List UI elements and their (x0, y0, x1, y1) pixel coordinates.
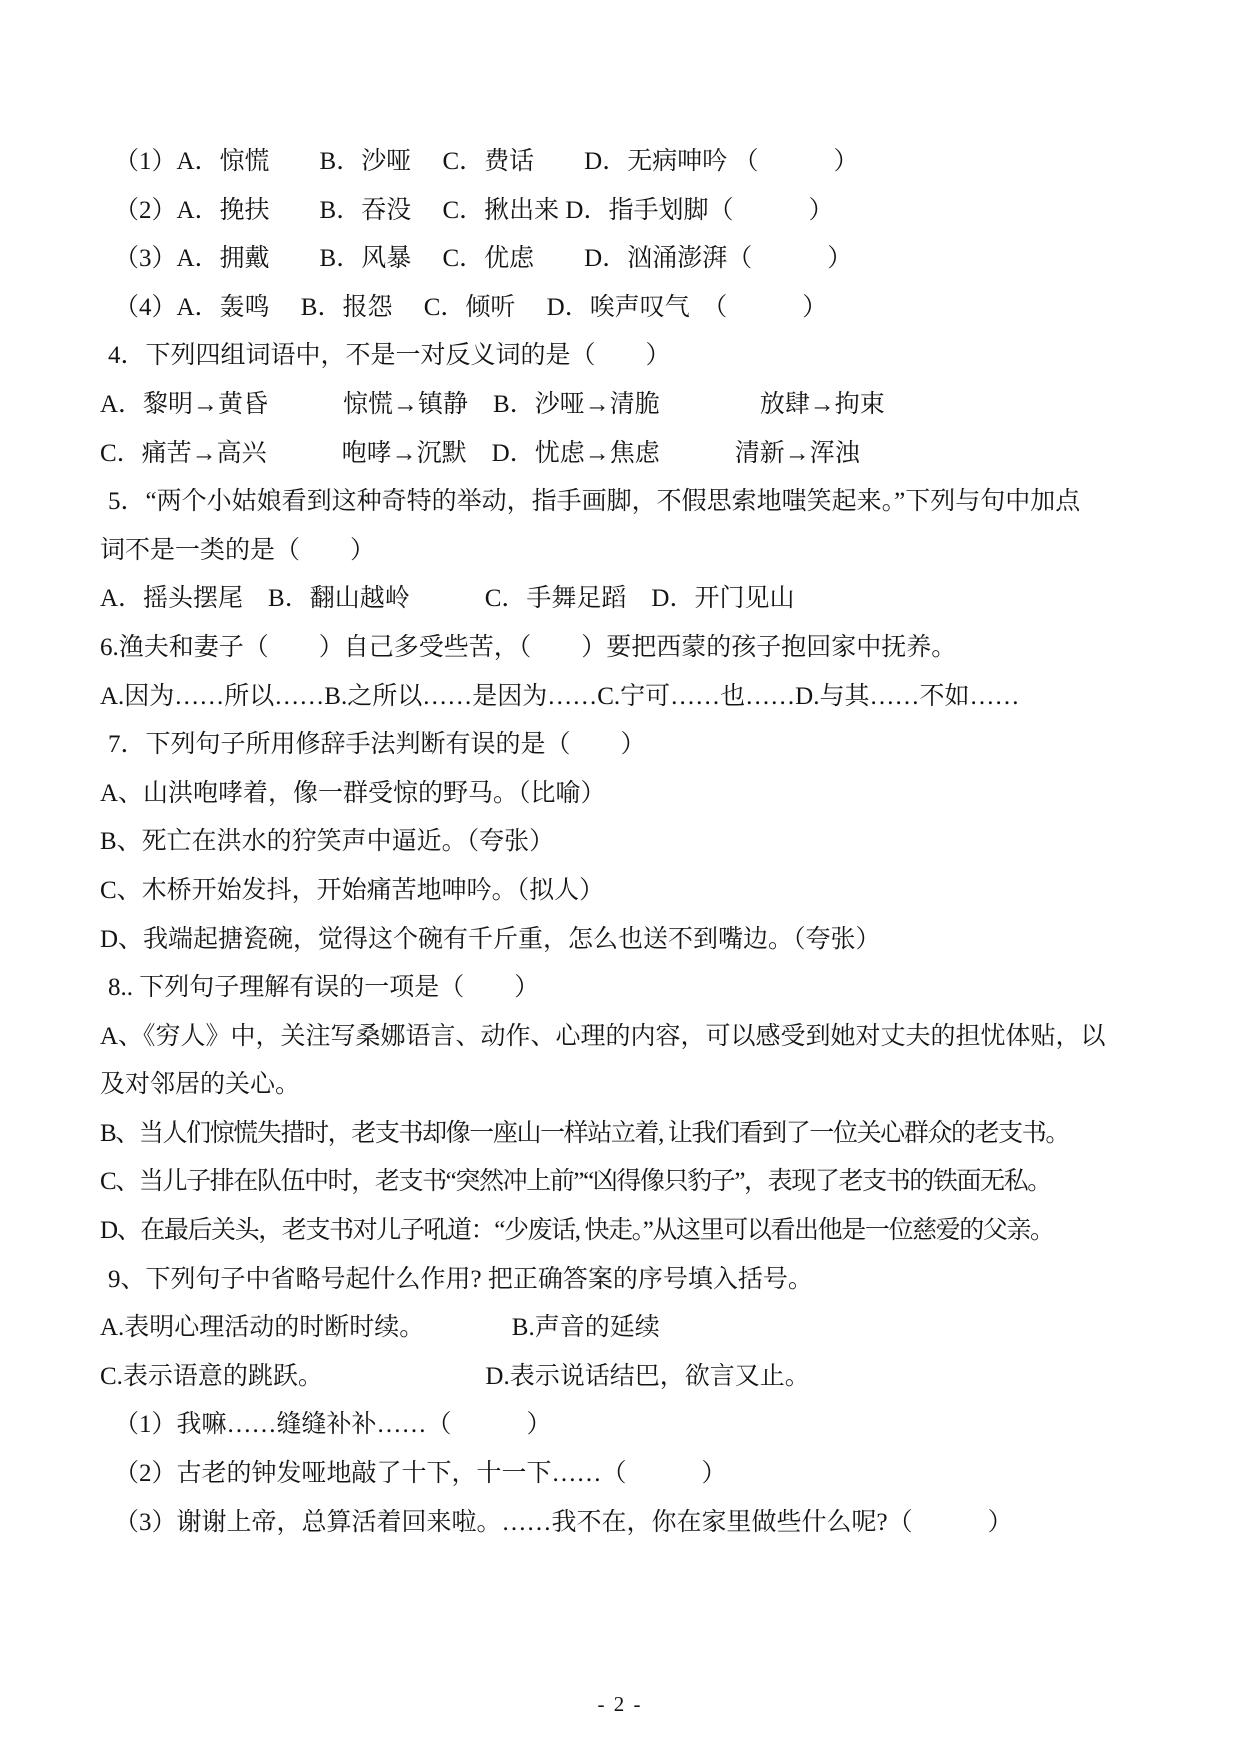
q7-option-c: C、木桥开始发抖，开始痛苦地呻吟。（拟人） (100, 867, 1146, 916)
exam-page: （1）A．惊慌 B．沙哑 C．费话 D．无病呻吟 （ ） （2）A．挽扶 B．吞… (0, 0, 1240, 1754)
q4-options-cd: C．痛苦→高兴 咆哮→沉默 D．忧虑→焦虑 清新→浑浊 (100, 430, 1146, 479)
q8-stem: 8.. 下列句子理解有误的一项是（ ） (100, 964, 1146, 1013)
q9-item-3: （3）谢谢上帝，总算活着回来啦。……我不在，你在家里做些什么呢?（ ） (100, 1499, 1146, 1548)
q8-option-a-line2: 及对邻居的关心。 (100, 1061, 1146, 1110)
exam-body: （1）A．惊慌 B．沙哑 C．费话 D．无病呻吟 （ ） （2）A．挽扶 B．吞… (100, 138, 1146, 1547)
q5-stem-line1: 5．“两个小姑娘看到这种奇特的举动，指手画脚，不假思索地嗤笑起来。”下列与句中加… (100, 478, 1146, 527)
q8-option-d: D、在最后关头，老支书对儿子吼道：“少废话, 快走。”从这里可以看出他是一位慈爱… (100, 1207, 1146, 1256)
q8-option-c: C、当儿子排在队伍中时，老支书“突然冲上前”“凶得像只豹子”，表现了老支书的铁面… (100, 1158, 1146, 1207)
q3-item-1: （1）A．惊慌 B．沙哑 C．费话 D．无病呻吟 （ ） (100, 138, 1146, 187)
page-number: - 2 - (0, 1692, 1240, 1717)
q5-stem-line2: 词不是一类的是（ ） (100, 527, 1146, 576)
q3-item-2: （2）A．挽扶 B．吞没 C．揪出来 D．指手划脚（ ） (100, 187, 1146, 236)
q8-option-b: B、当人们惊慌失措时，老支书却像一座山一样站立着, 让我们看到了一位关心群众的老… (100, 1110, 1146, 1159)
q9-item-1: （1）我嘛……缝缝补补……（ ） (100, 1401, 1146, 1450)
q6-options: A.因为……所以……B.之所以……是因为……C.宁可……也……D.与其……不如…… (100, 673, 1146, 722)
q4-options-ab: A．黎明→黄昏 惊慌→镇静 B．沙哑→清脆 放肆→拘束 (100, 381, 1146, 430)
q8-option-a-line1: A、《穷人》中，关注写桑娜语言、动作、心理的内容，可以感受到她对丈夫的担忧体贴，… (100, 1013, 1146, 1062)
q9-options-ab: A.表明心理活动的时断时续。 B.声音的延续 (100, 1304, 1146, 1353)
q9-options-cd: C.表示语意的跳跃。 D.表示说话结巴，欲言又止。 (100, 1353, 1146, 1402)
q9-stem: 9、下列句子中省略号起什么作用? 把正确答案的序号填入括号。 (100, 1256, 1146, 1305)
q7-option-b: B、死亡在洪水的狞笑声中逼近。（夸张） (100, 818, 1146, 867)
q5-options: A．摇头摆尾 B．翻山越岭 C．手舞足蹈 D．开门见山 (100, 575, 1146, 624)
q6-stem: 6.渔夫和妻子（ ）自己多受些苦，（ ）要把西蒙的孩子抱回家中抚养。 (100, 624, 1146, 673)
q7-option-a: A、山洪咆哮着，像一群受惊的野马。（比喻） (100, 770, 1146, 819)
q4-stem: 4．下列四组词语中，不是一对反义词的是（ ） (100, 332, 1146, 381)
q7-option-d: D、我端起搪瓷碗，觉得这个碗有千斤重，怎么也送不到嘴边。（夸张） (100, 916, 1146, 965)
q9-item-2: （2）古老的钟发哑地敲了十下，十一下……（ ） (100, 1450, 1146, 1499)
q7-stem: 7．下列句子所用修辞手法判断有误的是（ ） (100, 721, 1146, 770)
q3-item-4: （4）A．轰鸣 B．报怨 C．倾听 D．唉声叹气 （ ） (100, 284, 1146, 333)
q3-item-3: （3）A．拥戴 B．风暴 C．优虑 D．汹涌澎湃（ ） (100, 235, 1146, 284)
